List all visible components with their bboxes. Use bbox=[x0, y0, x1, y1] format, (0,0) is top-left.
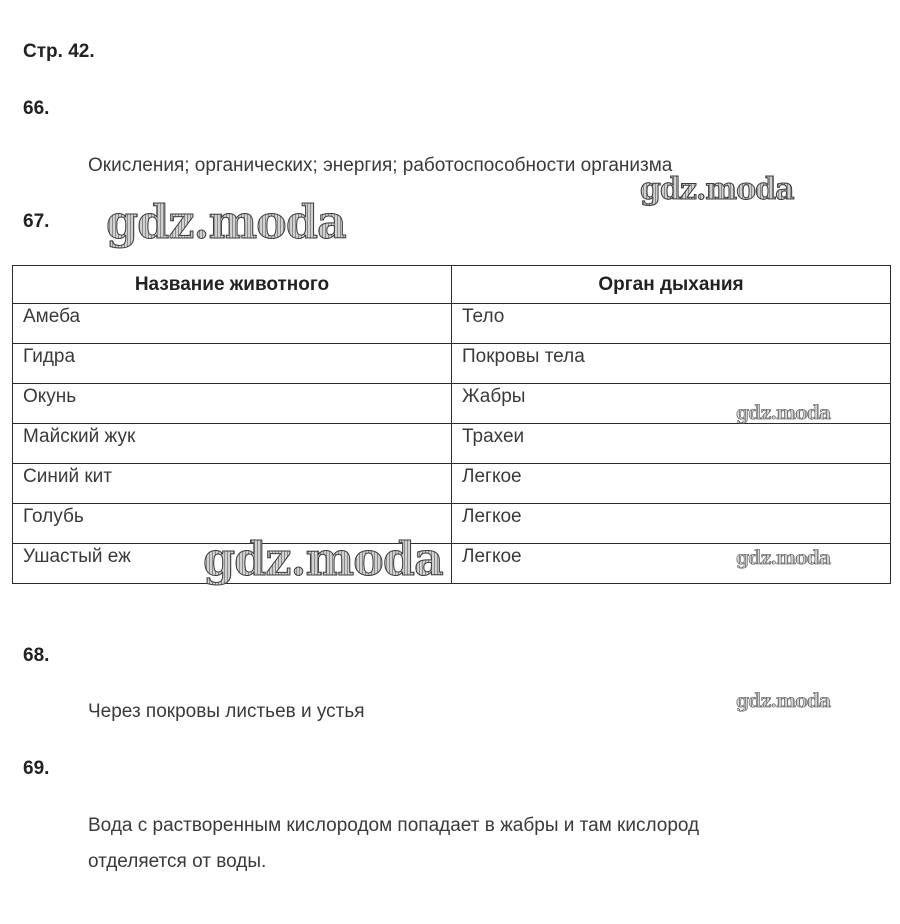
organ-cell: Трахеи bbox=[452, 424, 891, 464]
table-row: Синий кит Легкое bbox=[13, 464, 891, 504]
organ-cell: Покровы тела bbox=[452, 344, 891, 384]
animal-cell: Гидра bbox=[13, 344, 452, 384]
table-row: Голубь Легкое bbox=[13, 504, 891, 544]
task-69-number: 69. bbox=[23, 758, 49, 780]
watermark-logo: gdz.moda bbox=[736, 547, 830, 569]
table-header-row: Название животного Орган дыхания bbox=[13, 266, 891, 304]
task-67-number: 67. bbox=[23, 211, 49, 233]
organ-cell: Легкое bbox=[452, 504, 891, 544]
table-row: Амеба Тело bbox=[13, 304, 891, 344]
watermark-logo: gdz.moda bbox=[640, 172, 794, 207]
animal-cell: Окунь bbox=[13, 384, 452, 424]
header-animal-name: Название животного bbox=[13, 266, 452, 304]
task-69-answer: Вода с растворенным кислородом попадает … bbox=[88, 808, 699, 880]
watermark-logo: gdz.moda bbox=[736, 690, 830, 712]
task-69-answer-line: отделяется от воды. bbox=[88, 844, 699, 880]
watermark-logo: gdz.moda bbox=[203, 532, 443, 586]
animal-cell: Синий кит bbox=[13, 464, 452, 504]
task-68-number: 68. bbox=[23, 645, 49, 667]
table-row: Гидра Покровы тела bbox=[13, 344, 891, 384]
task-66-answer: Окисления; органических; энергия; работо… bbox=[88, 148, 672, 184]
watermark-logo: gdz.moda bbox=[106, 195, 346, 249]
organ-cell: Тело bbox=[452, 304, 891, 344]
task-68-answer: Через покровы листьев и устья bbox=[88, 694, 365, 730]
animal-cell: Майский жук bbox=[13, 424, 452, 464]
organ-cell: Легкое bbox=[452, 464, 891, 504]
task-66-number: 66. bbox=[23, 98, 49, 120]
task-69-answer-line: Вода с растворенным кислородом попадает … bbox=[88, 808, 699, 844]
table-row: Майский жук Трахеи bbox=[13, 424, 891, 464]
page-title: Стр. 42. bbox=[23, 41, 95, 63]
watermark-logo: gdz.moda bbox=[736, 402, 830, 424]
header-breathing-organ: Орган дыхания bbox=[452, 266, 891, 304]
animal-cell: Амеба bbox=[13, 304, 452, 344]
respiration-table: Название животного Орган дыхания Амеба Т… bbox=[12, 265, 891, 584]
